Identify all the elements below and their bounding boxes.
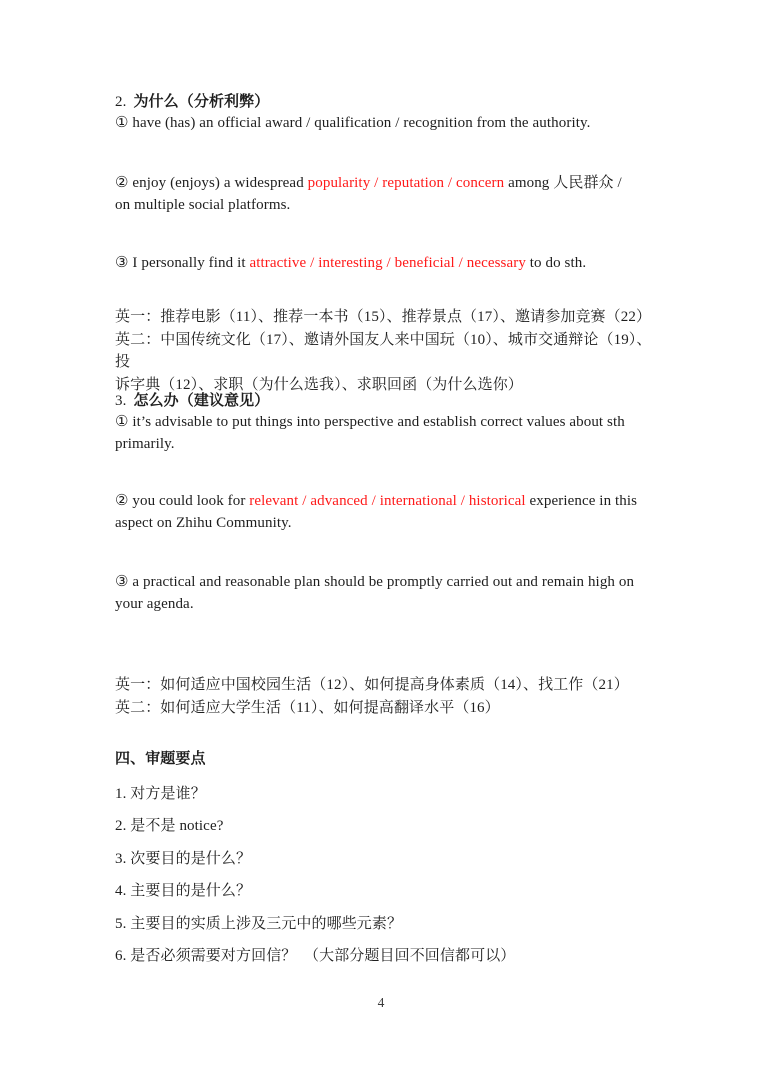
section-3-title: 怎么办（建议意见） xyxy=(133,393,269,409)
section-2-point-2: ② enjoy (enjoys) a widespread popularity… xyxy=(115,172,655,216)
point-line-2: primarily. xyxy=(115,433,655,455)
section-4-item-2: 2. 是不是 notice? xyxy=(115,815,655,837)
section-4-item-6: 6. 是否必须需要对方回信？ （大部分题目回不回信都可以） xyxy=(115,945,655,967)
point-text-highlight: popularity / reputation / concern xyxy=(308,175,505,191)
section-4-heading: 四、审题要点 xyxy=(115,748,655,770)
point-text-line1: ③ a practical and reasonable plan should… xyxy=(115,574,634,590)
section-4-item-1: 1. 对方是谁？ xyxy=(115,783,655,805)
point-text-highlight: attractive / interesting / beneficial / … xyxy=(249,255,525,271)
point-text-line2: on multiple social platforms. xyxy=(115,197,290,213)
section-2-title: 为什么（分析利弊） xyxy=(133,94,269,110)
section-4-item-5: 5. 主要目的实质上涉及三元中的哪些元素？ xyxy=(115,913,655,935)
question-item-text: 2. 是不是 notice? xyxy=(115,818,223,834)
point-text-post: experience in this xyxy=(526,493,637,509)
point-text-line1: ① it’s advisable to put things into pers… xyxy=(115,414,625,430)
question-item-text: 4. 主要目的是什么？ xyxy=(115,883,251,899)
section-3-point-2: ② you could look for relevant / advanced… xyxy=(115,490,655,534)
section-4-title: 四、审题要点 xyxy=(115,751,206,767)
section-2-point-1: ① have (has) an official award / qualifi… xyxy=(115,112,655,134)
point-line-1: ② enjoy (enjoys) a widespread popularity… xyxy=(115,172,655,194)
point-text-line2: aspect on Zhihu Community. xyxy=(115,515,292,531)
examples-en1-text: 英一：如何适应中国校园生活（12）、如何提高身体素质（14）、找工作（21） xyxy=(115,677,629,693)
point-text: ① have (has) an official award / qualifi… xyxy=(115,115,590,131)
point-line-1: ③ a practical and reasonable plan should… xyxy=(115,571,655,593)
examples-en1: 英一：推荐电影（11）、推荐一本书（15）、推荐景点（17）、邀请参加竞赛（22… xyxy=(115,306,655,329)
section-2-number: 2. xyxy=(115,94,126,110)
section-3-point-1: ① it’s advisable to put things into pers… xyxy=(115,411,655,455)
point-text-line2: your agenda. xyxy=(115,596,194,612)
point-text-post: among 人民群众 / xyxy=(504,175,622,191)
section-2-heading: 2.为什么（分析利弊） xyxy=(115,91,655,113)
question-item-text: 1. 对方是谁？ xyxy=(115,786,206,802)
section-3-examples: 英一：如何适应中国校园生活（12）、如何提高身体素质（14）、找工作（21） 英… xyxy=(115,674,655,719)
examples-en2-line1: 英二：中国传统文化（17）、邀请外国友人来中国玩（10）、城市交通辩论（19）、… xyxy=(115,329,655,374)
question-item-text: 5. 主要目的实质上涉及三元中的哪些元素？ xyxy=(115,916,402,932)
point-text-line2: primarily. xyxy=(115,436,175,452)
point-line-2: your agenda. xyxy=(115,593,655,615)
point-line-1: ① it’s advisable to put things into pers… xyxy=(115,411,655,433)
point-line-2: aspect on Zhihu Community. xyxy=(115,512,655,534)
point-text-pre: ② enjoy (enjoys) a widespread xyxy=(115,175,308,191)
section-3-heading: 3.怎么办（建议意见） xyxy=(115,390,655,412)
examples-en1: 英一：如何适应中国校园生活（12）、如何提高身体素质（14）、找工作（21） xyxy=(115,674,655,697)
examples-en2: 英二：如何适应大学生活（11）、如何提高翻译水平（16） xyxy=(115,697,655,720)
section-3-number: 3. xyxy=(115,393,126,409)
section-2-examples: 英一：推荐电影（11）、推荐一本书（15）、推荐景点（17）、邀请参加竞赛（22… xyxy=(115,306,655,396)
section-4-item-4: 4. 主要目的是什么？ xyxy=(115,880,655,902)
question-item-text: 6. 是否必须需要对方回信？ （大部分题目回不回信都可以） xyxy=(115,948,515,964)
point-text-post: to do sth. xyxy=(526,255,586,271)
point-text-highlight: relevant / advanced / international / hi… xyxy=(249,493,525,509)
point-text-pre: ② you could look for xyxy=(115,493,249,509)
section-3-point-3: ③ a practical and reasonable plan should… xyxy=(115,571,655,615)
section-2-point-3: ③ I personally find it attractive / inte… xyxy=(115,252,655,274)
page-number: 4 xyxy=(0,995,762,1011)
examples-en1-text: 英一：推荐电影（11）、推荐一本书（15）、推荐景点（17）、邀请参加竞赛（22… xyxy=(115,309,651,325)
examples-en2-text: 英二：如何适应大学生活（11）、如何提高翻译水平（16） xyxy=(115,700,500,716)
question-item-text: 3. 次要目的是什么？ xyxy=(115,851,251,867)
point-text-pre: ③ I personally find it xyxy=(115,255,249,271)
point-line-2: on multiple social platforms. xyxy=(115,194,655,216)
document-page: 2.为什么（分析利弊） ① have (has) an official awa… xyxy=(0,0,762,1078)
section-4-item-3: 3. 次要目的是什么？ xyxy=(115,848,655,870)
point-line-1: ② you could look for relevant / advanced… xyxy=(115,490,655,512)
examples-en2-line1-text: 英二：中国传统文化（17）、邀请外国友人来中国玩（10）、城市交通辩论（19）、… xyxy=(115,332,652,371)
